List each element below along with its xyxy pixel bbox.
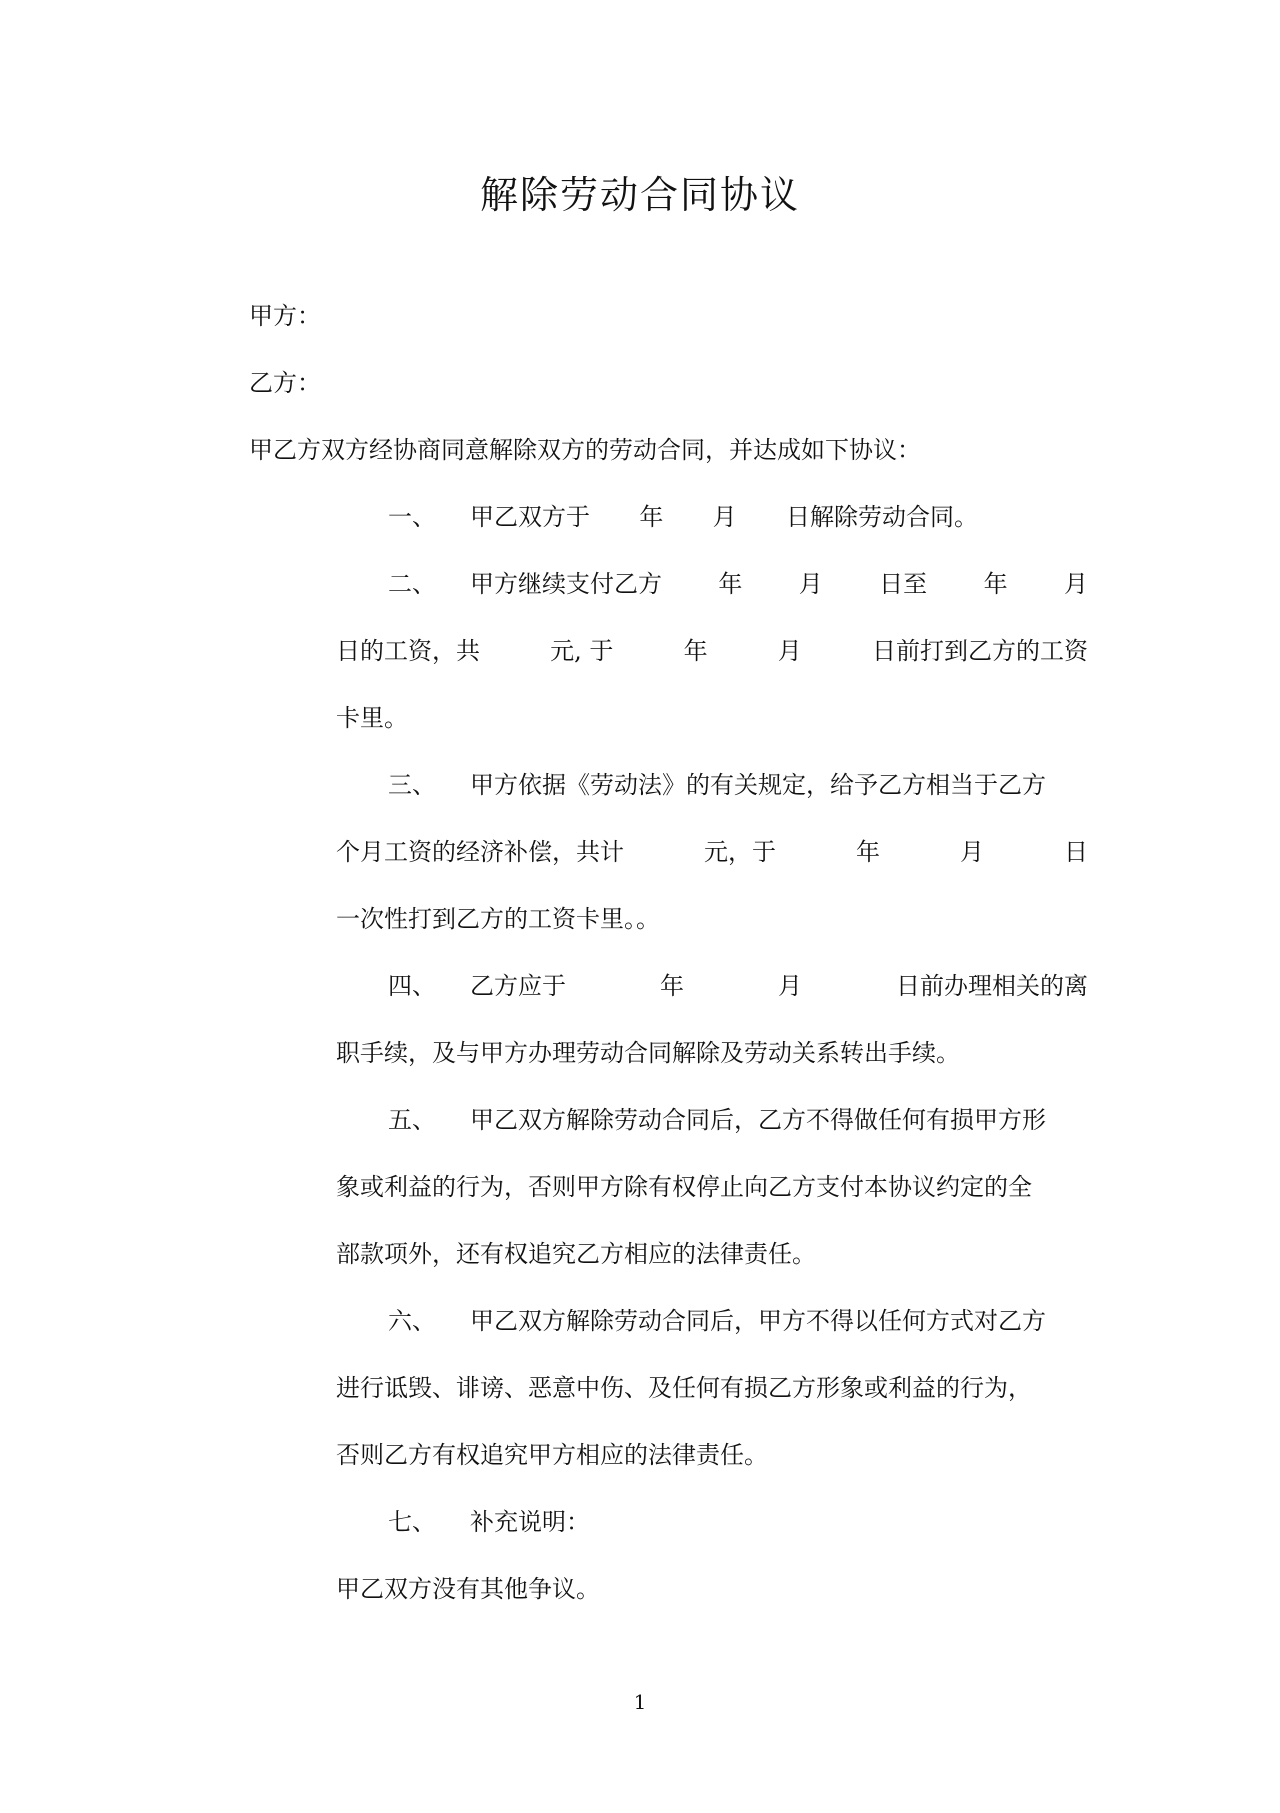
- clause-text: 日前打到乙方的工资: [872, 635, 1088, 667]
- clause-text: 月: [799, 568, 823, 600]
- clause-text: 年: [984, 568, 1008, 600]
- clause-line: 一次性打到乙方的工资卡里。。: [336, 903, 660, 935]
- clause-number: 二、: [388, 568, 436, 600]
- clause-text: 日至: [879, 568, 927, 600]
- party-a-label: 甲方：: [249, 300, 321, 332]
- clause-text: 月: [713, 501, 737, 533]
- clause-text: 月: [778, 635, 802, 667]
- clause-text: 年: [660, 970, 684, 1002]
- clause-text: 年: [718, 568, 742, 600]
- clause-text: 日: [1064, 836, 1088, 868]
- clause-text: 月: [960, 836, 984, 868]
- clause-line: 甲乙双方于 年 月 日解除劳动合同。: [470, 501, 978, 533]
- intro-paragraph: 甲乙方双方经协商同意解除双方的劳动合同，并达成如下协议：: [249, 434, 921, 466]
- clause-line: 否则乙方有权追究甲方相应的法律责任。: [336, 1439, 768, 1471]
- clause-text: 甲乙双方于: [470, 501, 590, 533]
- clause-number: 一、: [388, 501, 436, 533]
- clause-line: 甲方依据《劳动法》的有关规定，给予乙方相当于乙方: [470, 769, 1046, 801]
- clause-number: 四、: [388, 970, 436, 1002]
- clause-line: 个月工资的经济补偿，共计 元，于 年 月 日: [336, 836, 1088, 868]
- clause-line: 职手续，及与甲方办理劳动合同解除及劳动关系转出手续。: [336, 1037, 960, 1069]
- document-title: 解除劳动合同协议: [0, 170, 1280, 220]
- clause-number: 六、: [388, 1305, 436, 1337]
- clause-text: 日前办理相关的离: [896, 970, 1088, 1002]
- clause-text: 乙方应于: [470, 970, 566, 1002]
- clause-line: 甲乙双方解除劳动合同后，乙方不得做任何有损甲方形: [470, 1104, 1046, 1136]
- clause-text: 甲方继续支付乙方: [470, 568, 662, 600]
- clause-line: 象或利益的行为，否则甲方除有权停止向乙方支付本协议约定的全: [336, 1171, 1032, 1203]
- clause-text: 年: [639, 501, 663, 533]
- clause-number: 三、: [388, 769, 436, 801]
- clause-text: 月: [1064, 568, 1088, 600]
- clause-line: 甲方继续支付乙方 年 月 日至 年 月: [470, 568, 1088, 600]
- clause-text: 年: [856, 836, 880, 868]
- clause-line: 甲乙双方解除劳动合同后，甲方不得以任何方式对乙方: [470, 1305, 1046, 1337]
- clause-line: 进行诋毁、诽谤、恶意中伤、及任何有损乙方形象或利益的行为，: [336, 1372, 1032, 1404]
- clause-line: 部款项外，还有权追究乙方相应的法律责任。: [336, 1238, 816, 1270]
- closing-statement: 甲乙双方没有其他争议。: [336, 1573, 600, 1605]
- clause-line: 补充说明：: [470, 1506, 590, 1538]
- clause-text: 日解除劳动合同。: [786, 501, 978, 533]
- clause-line: 卡里。: [336, 702, 408, 734]
- clause-number: 七、: [388, 1506, 436, 1538]
- page-number: 1: [0, 1690, 1280, 1714]
- document-page: 解除劳动合同协议 甲方： 乙方： 甲乙方双方经协商同意解除双方的劳动合同，并达成…: [0, 0, 1280, 1813]
- clause-text: 元，于: [704, 836, 776, 868]
- clause-line: 乙方应于 年 月 日前办理相关的离: [470, 970, 1088, 1002]
- clause-text: 个月工资的经济补偿，共计: [336, 836, 624, 868]
- clause-text: 日的工资，共: [336, 635, 480, 667]
- clause-line: 日的工资，共 元, 于 年 月 日前打到乙方的工资: [336, 635, 1088, 667]
- party-b-label: 乙方：: [249, 367, 321, 399]
- clause-text: 月: [778, 970, 802, 1002]
- clause-number: 五、: [388, 1104, 436, 1136]
- clause-text: 年: [684, 635, 708, 667]
- clause-text: 元, 于: [550, 635, 613, 667]
